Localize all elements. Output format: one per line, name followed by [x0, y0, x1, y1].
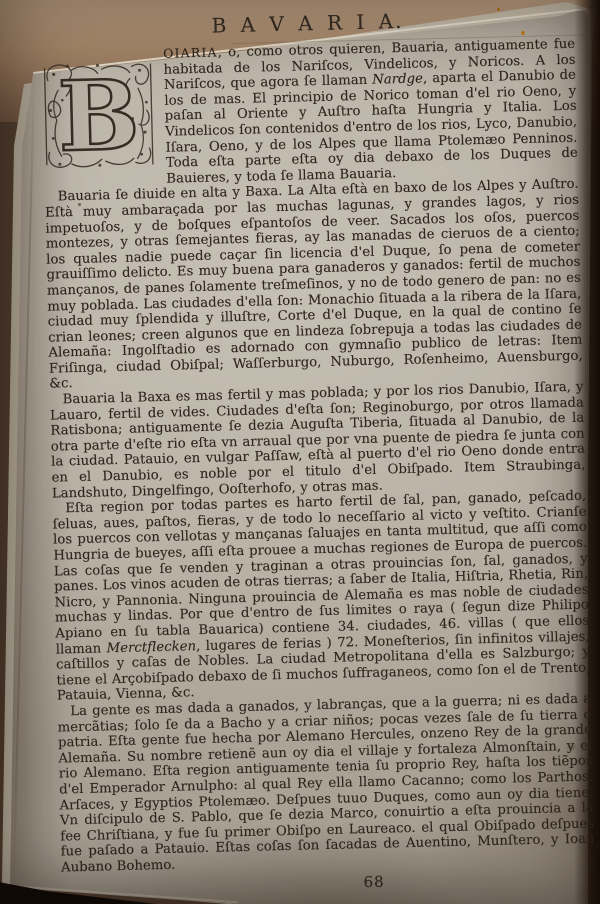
gold-speck: [497, 8, 500, 11]
italic-term: Nardge: [372, 72, 423, 88]
ink-spot: [78, 203, 81, 206]
photographed-book-page: B A V A R I A.: [0, 0, 600, 904]
woodcut-initial-art: B: [41, 58, 156, 173]
paragraph-3: Bauaria la Baxa es mas fertil y mas pobl…: [49, 380, 586, 502]
body-text: B OIARIA, o, como otros quieren, Bauaria…: [41, 37, 595, 876]
italic-term: Merctflecken: [106, 639, 196, 656]
paragraph-5: La gente es mas dada a ganados, y labran…: [57, 691, 595, 876]
paragraph-4: Eſta region por todas partes es harto fe…: [52, 489, 591, 705]
body-run: La gente es mas dada a ganados, y labran…: [57, 691, 594, 875]
body-run: Bauaria la Baxa es mas fertil y mas pobl…: [50, 380, 586, 502]
body-run: Bauaria ſe diuide en alta y Baxa. La Alt…: [45, 177, 583, 392]
page-content: B A V A R I A.: [40, 0, 595, 899]
initial-letter: B: [57, 58, 141, 172]
paragraph-2: Bauaria ſe diuide en alta y Baxa. La Alt…: [44, 177, 583, 393]
decorated-initial: B: [41, 58, 156, 173]
spaced-caps: OIARIA: [163, 45, 218, 60]
opening-paragraph: B OIARIA, o, como otros quieren, Bauaria…: [41, 37, 578, 190]
gold-speck: [521, 31, 525, 35]
stain-smudge: [567, 744, 576, 750]
